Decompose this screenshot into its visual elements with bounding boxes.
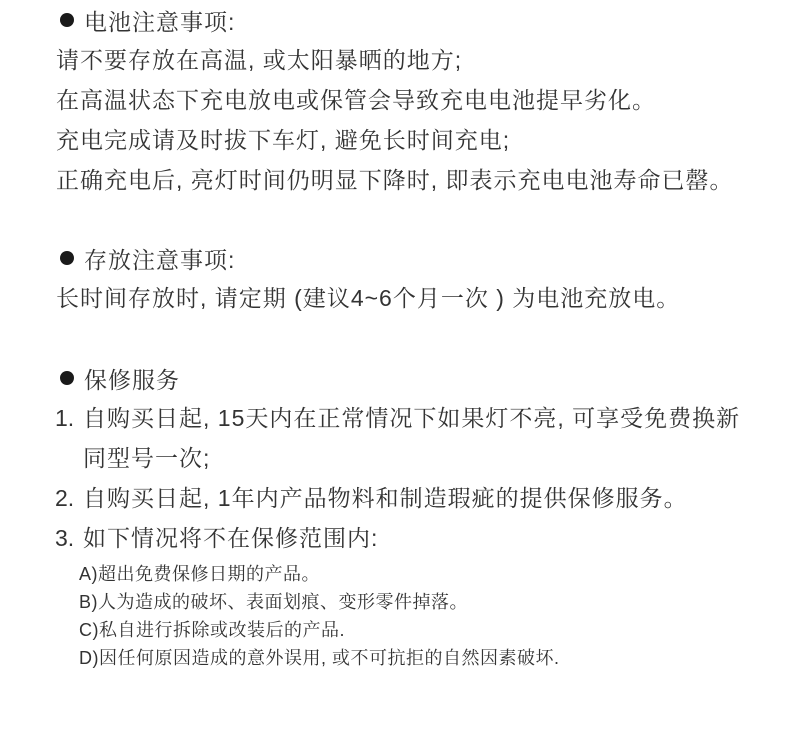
section-storage-precautions: 存放注意事项: 长时间存放时, 请定期 (建议4~6个月一次 ) 为电池充放电。 — [0, 238, 790, 318]
warranty-item-line: 自购买日起, 15天内在正常情况下如果灯不亮, 可享受免费换新 — [83, 398, 740, 438]
warranty-exclusion-line: B)人为造成的破坏、表面划痕、变形零件掉落。 — [79, 588, 790, 616]
bullet-icon — [60, 13, 74, 27]
section-warranty-service: 保修服务 1. 自购买日起, 15天内在正常情况下如果灯不亮, 可享受免费换新 … — [0, 358, 790, 672]
section-battery-precautions: 电池注意事项: 请不要存放在高温, 或太阳暴晒的地方; 在高温状态下充电放电或保… — [0, 0, 790, 200]
section-heading-battery-label: 电池注意事项: — [84, 4, 235, 37]
warranty-item-line: 同型号一次; — [83, 438, 740, 478]
warranty-exclusion-line: C)私自进行拆除或改装后的产品. — [79, 616, 790, 644]
notice-line: 充电完成请及时拔下车灯, 避免长时间充电; — [56, 120, 790, 160]
warranty-item-line: 自购买日起, 1年内产品物料和制造瑕疵的提供保修服务。 — [83, 478, 688, 518]
warranty-item-3: 3. 如下情况将不在保修范围内: — [55, 518, 790, 558]
notice-line: 在高温状态下充电放电或保管会导致充电电池提早劣化。 — [56, 80, 790, 120]
warranty-exclusion-line: D)因任何原因造成的意外误用, 或不可抗拒的自然因素破坏. — [79, 644, 790, 672]
notice-line: 正确充电后, 亮灯时间仍明显下降时, 即表示充电电池寿命已罄。 — [56, 160, 790, 200]
section-heading-storage: 存放注意事项: — [60, 238, 790, 278]
warranty-item-2: 2. 自购买日起, 1年内产品物料和制造瑕疵的提供保修服务。 — [55, 478, 790, 518]
warranty-item-text: 自购买日起, 15天内在正常情况下如果灯不亮, 可享受免费换新 同型号一次; — [83, 398, 740, 478]
warranty-item-line: 如下情况将不在保修范围内: — [83, 518, 378, 558]
bullet-icon — [60, 251, 74, 265]
warranty-item-text: 如下情况将不在保修范围内: — [83, 518, 378, 558]
bullet-icon — [60, 371, 74, 385]
warranty-exclusion-line: A)超出免费保修日期的产品。 — [79, 560, 790, 588]
item-number: 1. — [55, 398, 83, 478]
item-number: 3. — [55, 518, 83, 558]
section-heading-warranty: 保修服务 — [60, 358, 790, 398]
warranty-item-text: 自购买日起, 1年内产品物料和制造瑕疵的提供保修服务。 — [83, 478, 688, 518]
warranty-exclusions: A)超出免费保修日期的产品。 B)人为造成的破坏、表面划痕、变形零件掉落。 C)… — [0, 560, 790, 672]
section-heading-warranty-label: 保修服务 — [84, 362, 180, 395]
notice-line: 长时间存放时, 请定期 (建议4~6个月一次 ) 为电池充放电。 — [56, 278, 790, 318]
notice-line: 请不要存放在高温, 或太阳暴晒的地方; — [56, 40, 790, 80]
item-number: 2. — [55, 478, 83, 518]
warranty-item-1: 1. 自购买日起, 15天内在正常情况下如果灯不亮, 可享受免费换新 同型号一次… — [55, 398, 790, 478]
section-heading-battery: 电池注意事项: — [60, 0, 790, 40]
product-notice-page: 电池注意事项: 请不要存放在高温, 或太阳暴晒的地方; 在高温状态下充电放电或保… — [0, 0, 790, 750]
section-heading-storage-label: 存放注意事项: — [84, 242, 235, 275]
